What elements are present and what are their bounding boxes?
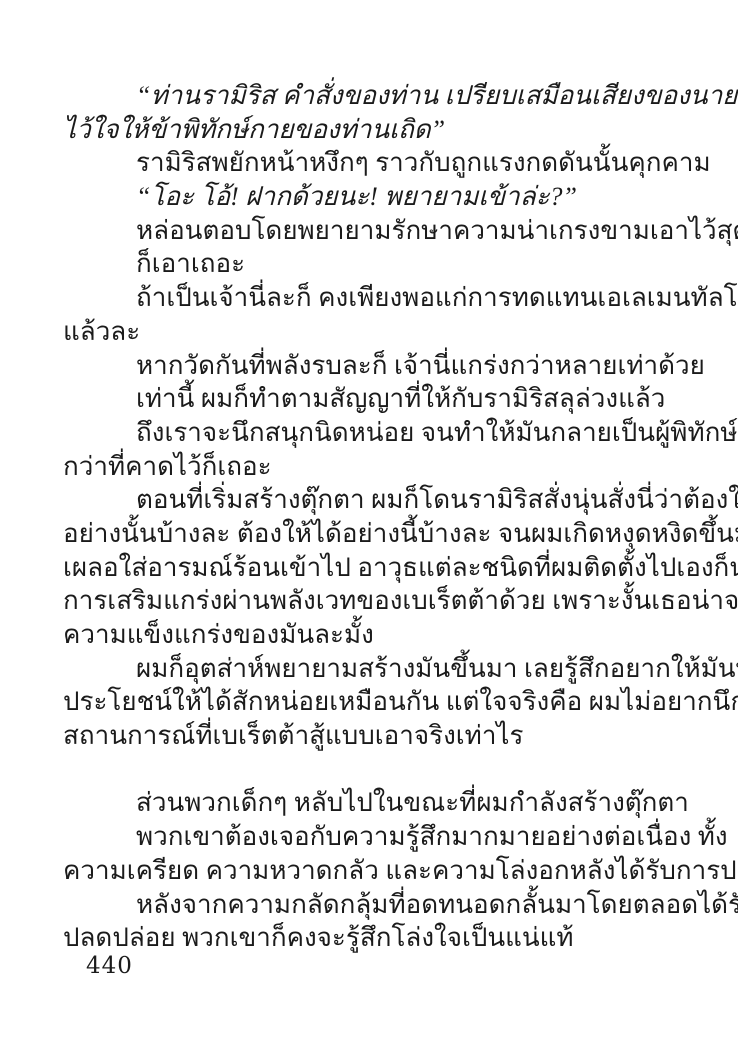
text-line: เผลอใส่อารมณ์ร้อนเข้าไป อาวุธแต่ละชนิดที… [63, 551, 675, 585]
text-line: แล้วละ [63, 315, 675, 349]
text-line: ผมก็อุตส่าห์พยายามสร้างมันขึ้นมา เลยรู้ส… [63, 652, 675, 686]
text-line: รามิริสพยักหน้าหงึกๆ ราวกับถูกแรงกดดันนั… [63, 146, 675, 180]
text-line: กว่าที่คาดไว้ก็เถอะ [63, 450, 675, 484]
text-line: หากวัดกันที่พลังรบละก็ เจ้านี่แกร่งกว่าห… [63, 349, 675, 383]
text-line: “โอะ โอ้! ฝากด้วยนะ! พยายามเข้าล่ะ?” [63, 180, 675, 214]
book-page: “ท่านรามิริส คำสั่งของท่าน เปรียบเสมือนเ… [0, 0, 738, 1051]
text-line: สถานการณ์ที่เบเร็ตต้าสู้แบบเอาจริงเท่าไร [63, 719, 675, 753]
text-line: “ท่านรามิริส คำสั่งของท่าน เปรียบเสมือนเ… [63, 79, 675, 113]
text-line: พวกเขาต้องเจอกับความรู้สึกมากมายอย่างต่อ… [63, 820, 675, 854]
text-line: ถ้าเป็นเจ้านี่ละก็ คงเพียงพอแก่การทดแทนเ… [63, 281, 675, 315]
text-line: อย่างนั้นบ้างละ ต้องให้ได้อย่างนี้บ้างละ… [63, 517, 675, 551]
text-line: ความแข็งแกร่งของมันละมั้ง [63, 618, 675, 652]
text-line: เท่านี้ ผมก็ทำตามสัญญาที่ให้กับรามิริสลุ… [63, 382, 675, 416]
text-line: ตอนที่เริ่มสร้างตุ๊กตา ผมก็โดนรามิริสสั่… [63, 483, 675, 517]
text-line: ประโยชน์ให้ได้สักหน่อยเหมือนกัน แต่ใจจริ… [63, 685, 675, 719]
page-text: “ท่านรามิริส คำสั่งของท่าน เปรียบเสมือนเ… [63, 79, 675, 955]
text-line: ถึงเราจะนึกสนุกนิดหน่อย จนทำให้มันกลายเป… [63, 416, 675, 450]
text-line: ความเครียด ความหวาดกลัว และความโล่งอกหลั… [63, 854, 675, 888]
text-line: ปลดปล่อย พวกเขาก็คงจะรู้สึกโล่งใจเป็นแน่… [63, 921, 675, 955]
text-line: หลังจากความกลัดกลุ้มที่อดทนอดกลั้นมาโดยต… [63, 888, 675, 922]
text-line: ไว้ใจให้ข้าพิทักษ์กายของท่านเถิด” [63, 113, 675, 147]
page-number: 440 [86, 951, 133, 981]
text-line: การเสริมแกร่งผ่านพลังเวทของเบเร็ตต้าด้วย… [63, 584, 675, 618]
text-line: ก็เอาเถอะ [63, 247, 675, 281]
text-line: หล่อนตอบโดยพยายามรักษาความน่าเกรงขามเอาไ… [63, 214, 675, 248]
blank-line [63, 753, 675, 787]
text-line: ส่วนพวกเด็กๆ หลับไปในขณะที่ผมกำลังสร้างต… [63, 786, 675, 820]
